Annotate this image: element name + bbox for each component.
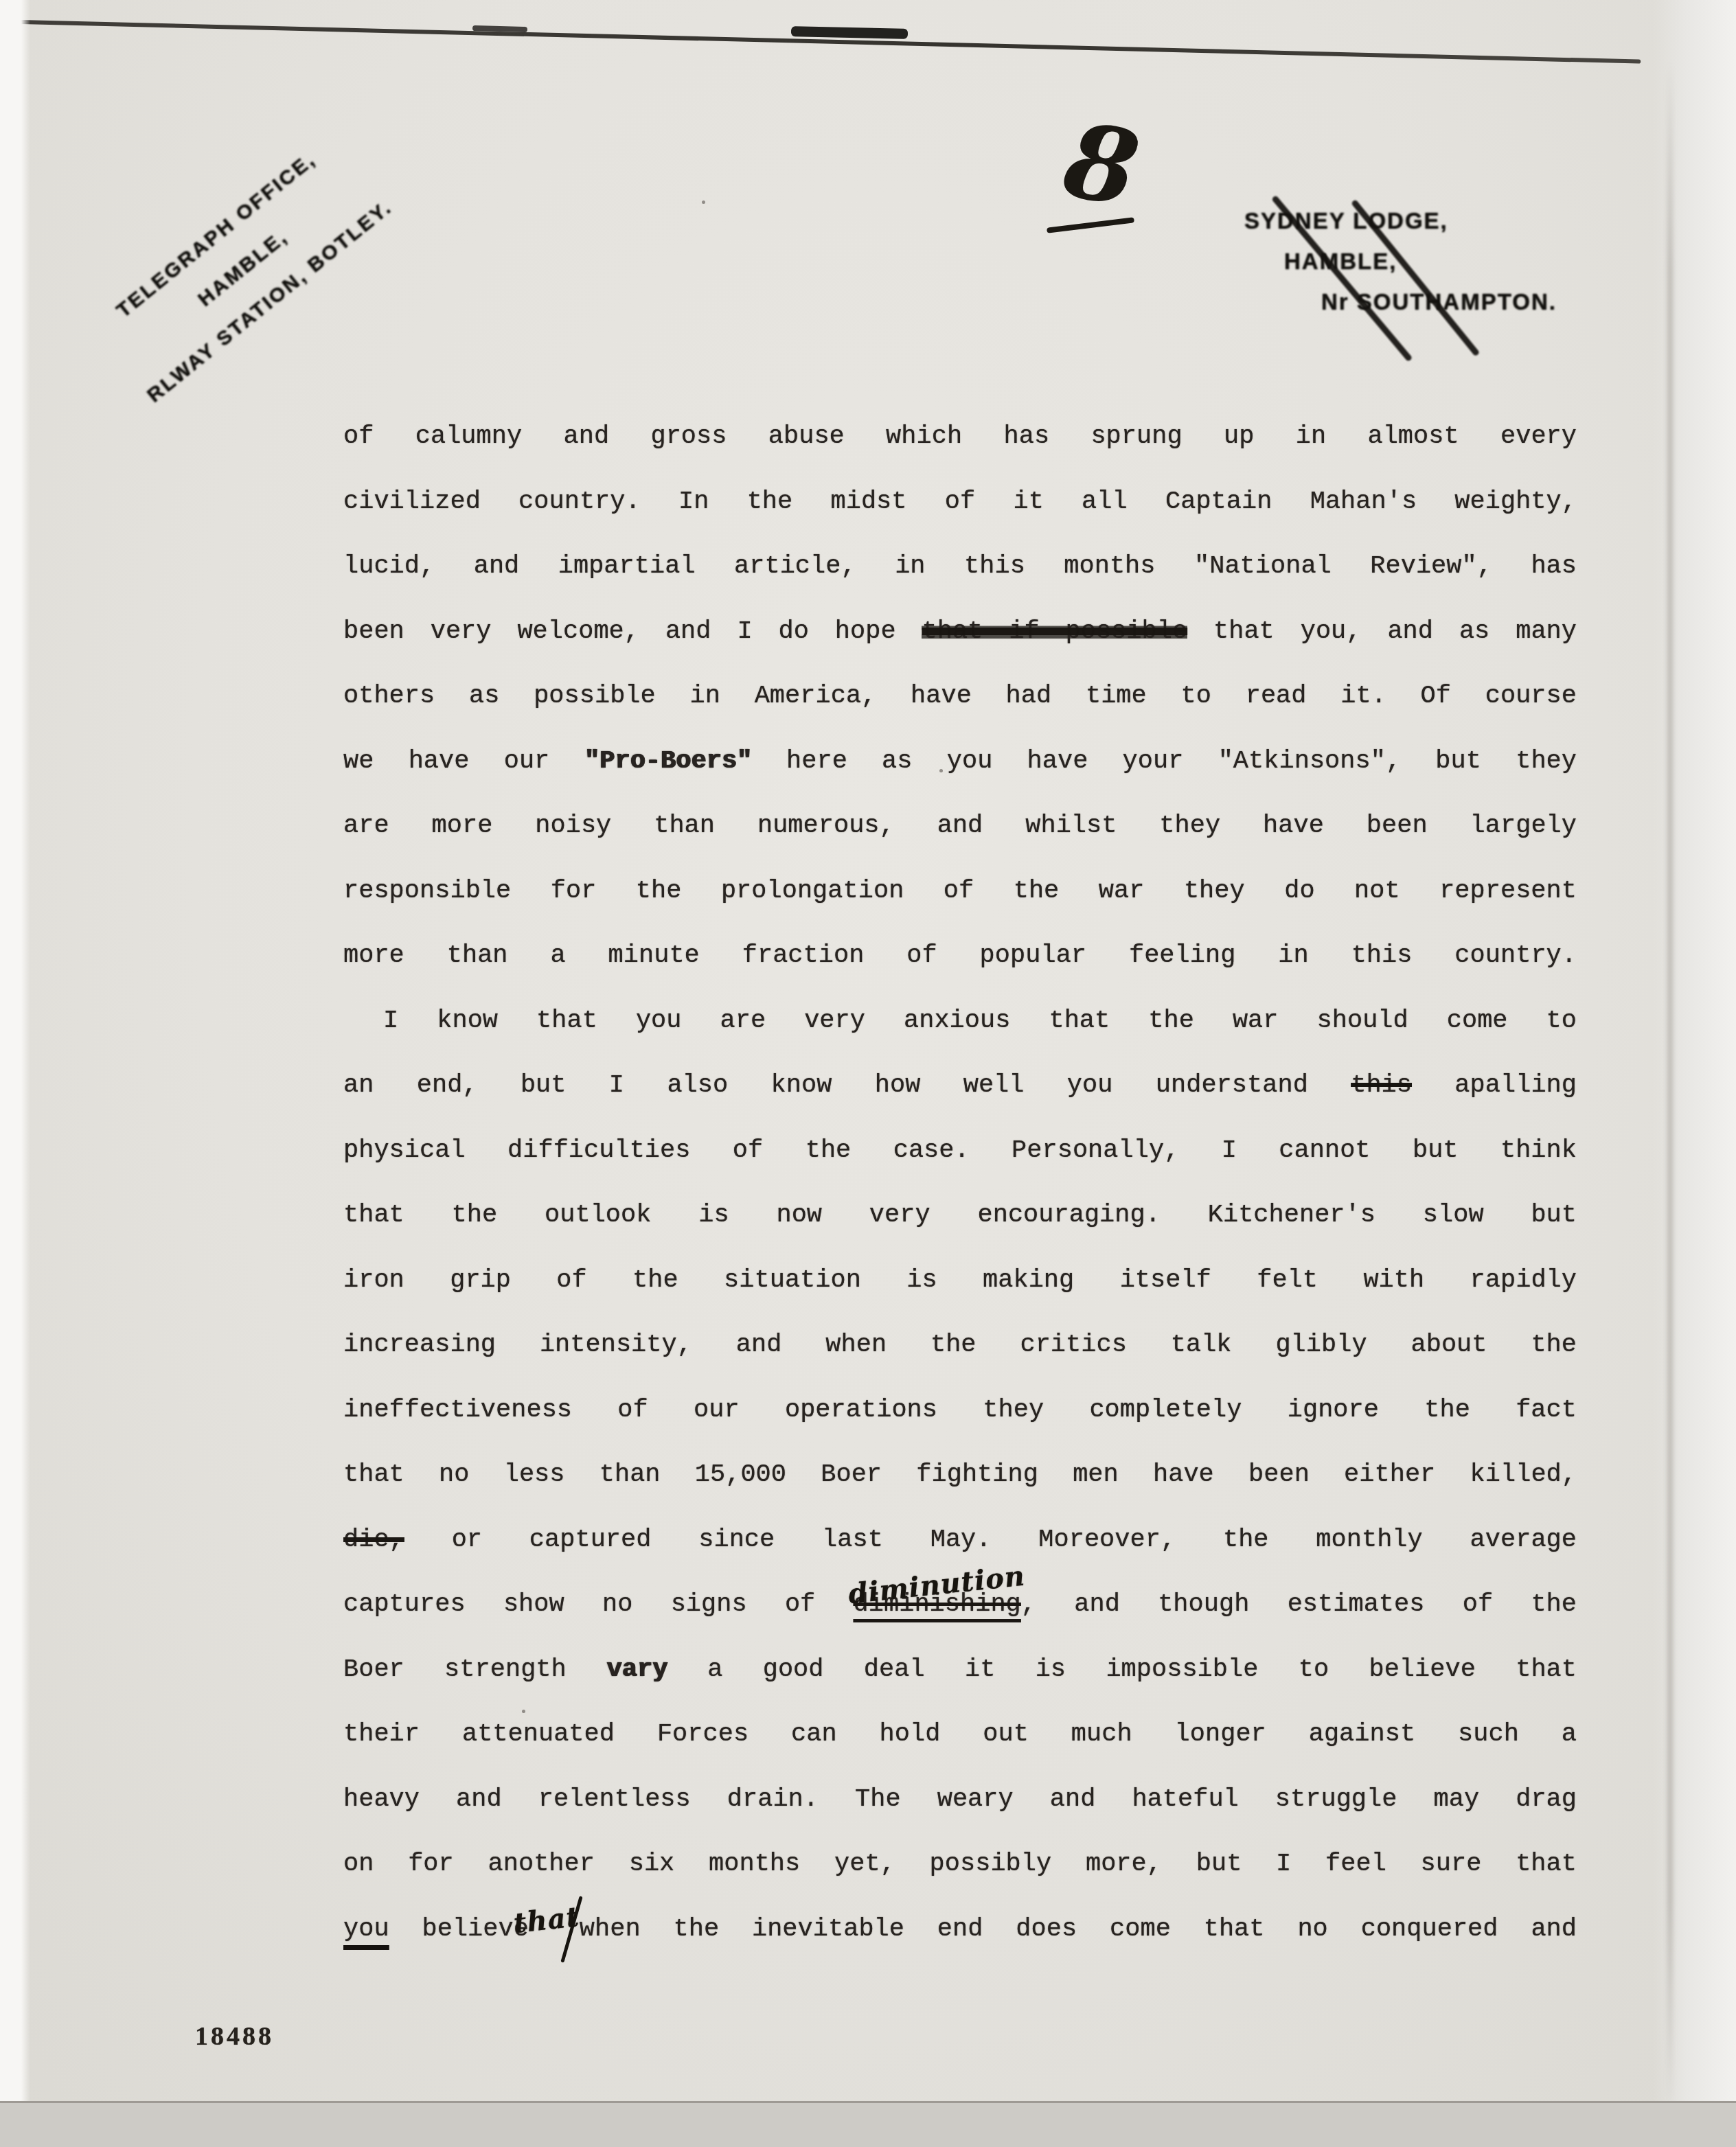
typed-text: on for another six months yet, possibly … [343, 1850, 1577, 1879]
archive-number: 18488 [195, 2021, 274, 2052]
handwritten-annotation: that [512, 1903, 581, 1938]
letter-line: die, or captured since last May. Moreove… [343, 1508, 1577, 1573]
scan-edge-top [0, 19, 1641, 64]
letter-line: physical difficulties of the case. Perso… [343, 1118, 1577, 1184]
letter-line: ineffectiveness of our operations they c… [343, 1378, 1577, 1443]
typed-text: we have our [343, 747, 584, 776]
typed-text: ineffectiveness of our operations they c… [343, 1396, 1577, 1425]
scan-edge-right [1654, 0, 1736, 2147]
letter-line: of calumny and gross abuse which has spr… [343, 404, 1577, 470]
typed-text: , and though estimates of the [1021, 1590, 1577, 1619]
typed-text: that you, and as many [1187, 617, 1577, 646]
letter-line: on for another six months yet, possibly … [343, 1832, 1577, 1897]
typed-text: when the inevitable end does come that n… [580, 1915, 1577, 1944]
scan-edge-right-line [1667, 62, 1673, 2108]
typed-text: physical difficulties of the case. Perso… [343, 1136, 1577, 1165]
letter-line: responsible for the prolongation of the … [343, 859, 1577, 924]
scan-edge-bottom [0, 2101, 1736, 2147]
page-number-glyph: 8 [1056, 99, 1147, 230]
letter-line: more than a minute fraction of popular f… [343, 923, 1577, 989]
letter-line: others as possible in America, have had … [343, 664, 1577, 729]
letter-line: an end, but I also know how well you und… [343, 1053, 1577, 1118]
letter-line: increasing intensity, and when the criti… [343, 1313, 1577, 1378]
typed-text: more than a minute fraction of popular f… [343, 941, 1577, 970]
typed-text: increasing intensity, and when the criti… [343, 1331, 1577, 1359]
typed-text: their attenuated Forces can hold out muc… [343, 1720, 1577, 1749]
typed-text: heavy and relentless drain. The weary an… [343, 1785, 1577, 1814]
letter-line: that no less than 15,000 Boer fighting m… [343, 1443, 1577, 1508]
typed-text: been very welcome, and I do hope [343, 617, 922, 646]
scan-edge-left [0, 0, 30, 2147]
struck-out-text: this [1351, 1071, 1412, 1100]
struck-out-text: that if possible [922, 617, 1187, 646]
letter-line: that the outlook is now very encouraging… [343, 1183, 1577, 1248]
struck-text-with-handwritten-correction: diminishingdiminution [854, 1590, 1021, 1619]
letter-line: captures show no signs of diminishingdim… [343, 1572, 1577, 1638]
typed-text: lucid, and impartial article, in this mo… [343, 552, 1577, 581]
typed-text: that no less than 15,000 Boer fighting m… [343, 1460, 1577, 1489]
letter-line: I know that you are very anxious that th… [343, 989, 1577, 1054]
typed-text: are more noisy than numerous, and whilst… [343, 812, 1577, 840]
typed-text: iron grip of the situation is making its… [343, 1266, 1577, 1295]
typed-text: apalling [1412, 1071, 1577, 1100]
typed-text: I know that you are very anxious that th… [383, 1007, 1577, 1035]
letter-line: are more noisy than numerous, and whilst… [343, 794, 1577, 859]
typed-text: civilized country. In the midst of it al… [343, 487, 1577, 516]
letter-line: civilized country. In the midst of it al… [343, 470, 1577, 535]
typed-text: others as possible in America, have had … [343, 682, 1577, 711]
letter-line: heavy and relentless drain. The weary an… [343, 1767, 1577, 1833]
letter-line: Boer strength vary a good deal it is imp… [343, 1638, 1577, 1703]
overtyped-text: "Pro-Boers" [584, 747, 752, 776]
stamp-line: HAMBLE, [86, 135, 401, 402]
page-number-handwritten: 8 [1066, 104, 1162, 242]
struck-out-text: die, [343, 1526, 404, 1554]
typed-text: here as you have your "Atkinsons", but t… [752, 747, 1577, 776]
letter-line: you believe thatwhen the inevitable end … [343, 1897, 1577, 1962]
letterhead-stamp-sydney-lodge: SYDNEY LODGE, HAMBLE, Nr SOUTHAMPTON. [1244, 200, 1601, 322]
scan-speckle [702, 200, 705, 204]
overtyped-text: vary [606, 1655, 667, 1684]
letterhead-stamp-telegraph-office: TELEGRAPH OFFICE, HAMBLE, RLWAY STATION,… [59, 102, 428, 435]
letter-line: their attenuated Forces can hold out muc… [343, 1702, 1577, 1767]
letter-line: we have our "Pro-Boers" here as you have… [343, 729, 1577, 794]
typed-text: of calumny and gross abuse which has spr… [343, 422, 1577, 451]
typed-text: that the outlook is now very encouraging… [343, 1201, 1577, 1230]
typed-text: responsible for the prolongation of the … [343, 877, 1577, 906]
scan-artifact [791, 26, 908, 39]
typed-text: or captured since last May. Moreover, th… [404, 1526, 1577, 1554]
typed-text: a good deal it is impossible to believe … [667, 1655, 1577, 1684]
letter-body: of calumny and gross abuse which has spr… [343, 404, 1577, 1962]
letter-line: iron grip of the situation is making its… [343, 1248, 1577, 1313]
typed-text: an end, but I also know how well you und… [343, 1071, 1351, 1100]
typed-text: captures show no signs of [343, 1590, 854, 1619]
letter-line: lucid, and impartial article, in this mo… [343, 534, 1577, 599]
typed-text: Boer strength [343, 1655, 606, 1684]
letter-line: been very welcome, and I do hope that if… [343, 599, 1577, 665]
scanned-letter-page: 8 TELEGRAPH OFFICE, HAMBLE, RLWAY STATIO… [0, 0, 1736, 2147]
handwritten-insertion: that [562, 1935, 580, 1936]
underlined-text: you [343, 1915, 389, 1944]
